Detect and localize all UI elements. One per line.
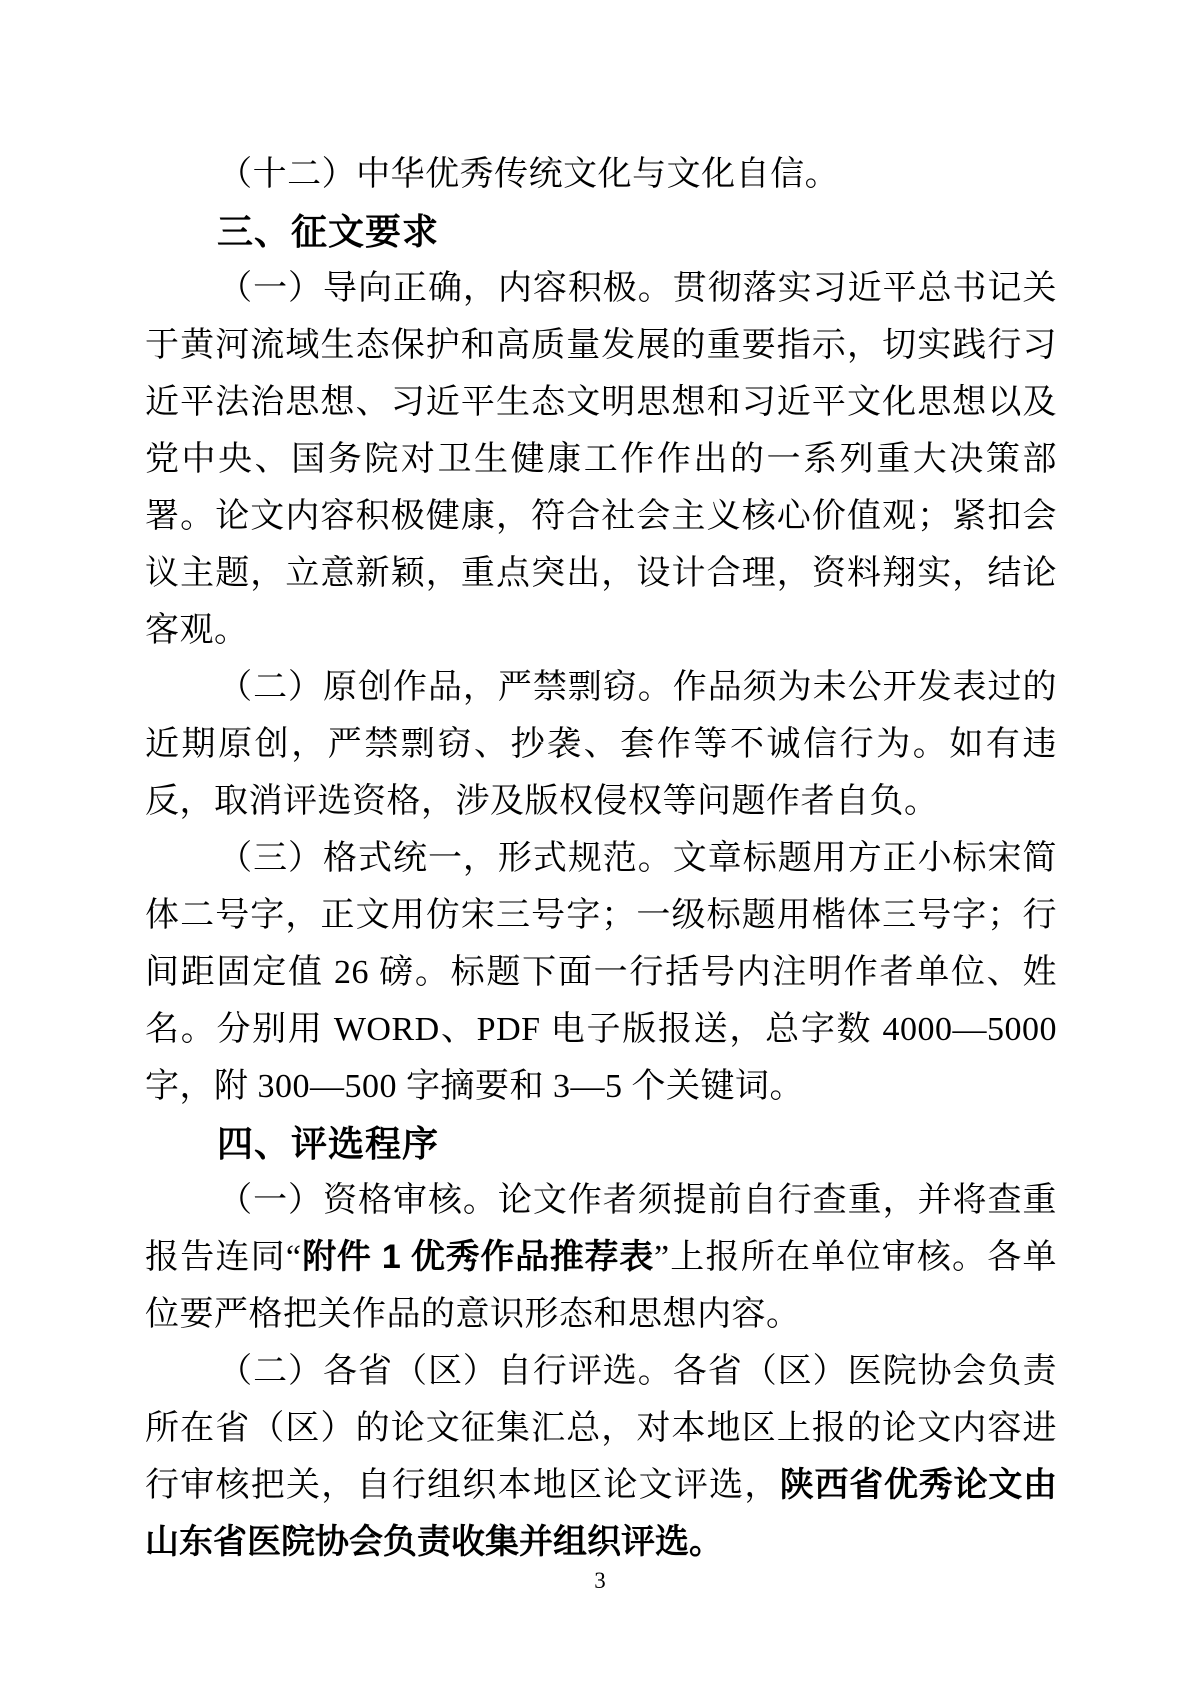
list-item-12: （十二）中华优秀传统文化与文化自信。 — [145, 146, 1057, 203]
paragraph-provincial-selection: （二）各省（区）自行评选。各省（区）医院协会负责所在省（区）的论文征集汇总，对本… — [145, 1343, 1057, 1571]
heading-text: 四、评选程序 — [217, 1123, 439, 1164]
paragraph-correct-orientation: （一）导向正确，内容积极。贯彻落实习近平总书记关于黄河流域生态保护和高质量发展的… — [145, 260, 1057, 659]
text-segment: （三）格式统一，形式规范。文章标题用方正小标宋简体二号字，正文用仿宋三号字；一级… — [145, 840, 1057, 1105]
heading-section-4-selection-procedure: 四、评选程序 — [145, 1115, 1057, 1172]
document-page: （十二）中华优秀传统文化与文化自信。 三、征文要求 （一）导向正确，内容积极。贯… — [0, 0, 1200, 1697]
paragraph-format-specification: （三）格式统一，形式规范。文章标题用方正小标宋简体二号字，正文用仿宋三号字；一级… — [145, 830, 1057, 1115]
text-segment: （十二）中华优秀传统文化与文化自信。 — [218, 156, 839, 193]
document-body: （十二）中华优秀传统文化与文化自信。 三、征文要求 （一）导向正确，内容积极。贯… — [145, 146, 1057, 1571]
heading-text: 三、征文要求 — [217, 211, 439, 252]
text-segment: （一）导向正确，内容积极。贯彻落实习近平总书记关于黄河流域生态保护和高质量发展的… — [145, 270, 1057, 649]
heading-section-3-essay-requirements: 三、征文要求 — [145, 203, 1057, 260]
page-number: 3 — [0, 1566, 1200, 1596]
paragraph-originality: （二）原创作品，严禁剽窃。作品须为未公开发表过的近期原创，严禁剽窃、抄袭、套作等… — [145, 659, 1057, 830]
text-segment: （二）原创作品，严禁剽窃。作品须为未公开发表过的近期原创，严禁剽窃、抄袭、套作等… — [145, 669, 1057, 820]
bold-text-segment-attachment-1: 附件 1 优秀作品推荐表 — [301, 1238, 653, 1276]
paragraph-qualification-review: （一）资格审核。论文作者须提前自行查重，并将查重报告连同“附件 1 优秀作品推荐… — [145, 1172, 1057, 1343]
